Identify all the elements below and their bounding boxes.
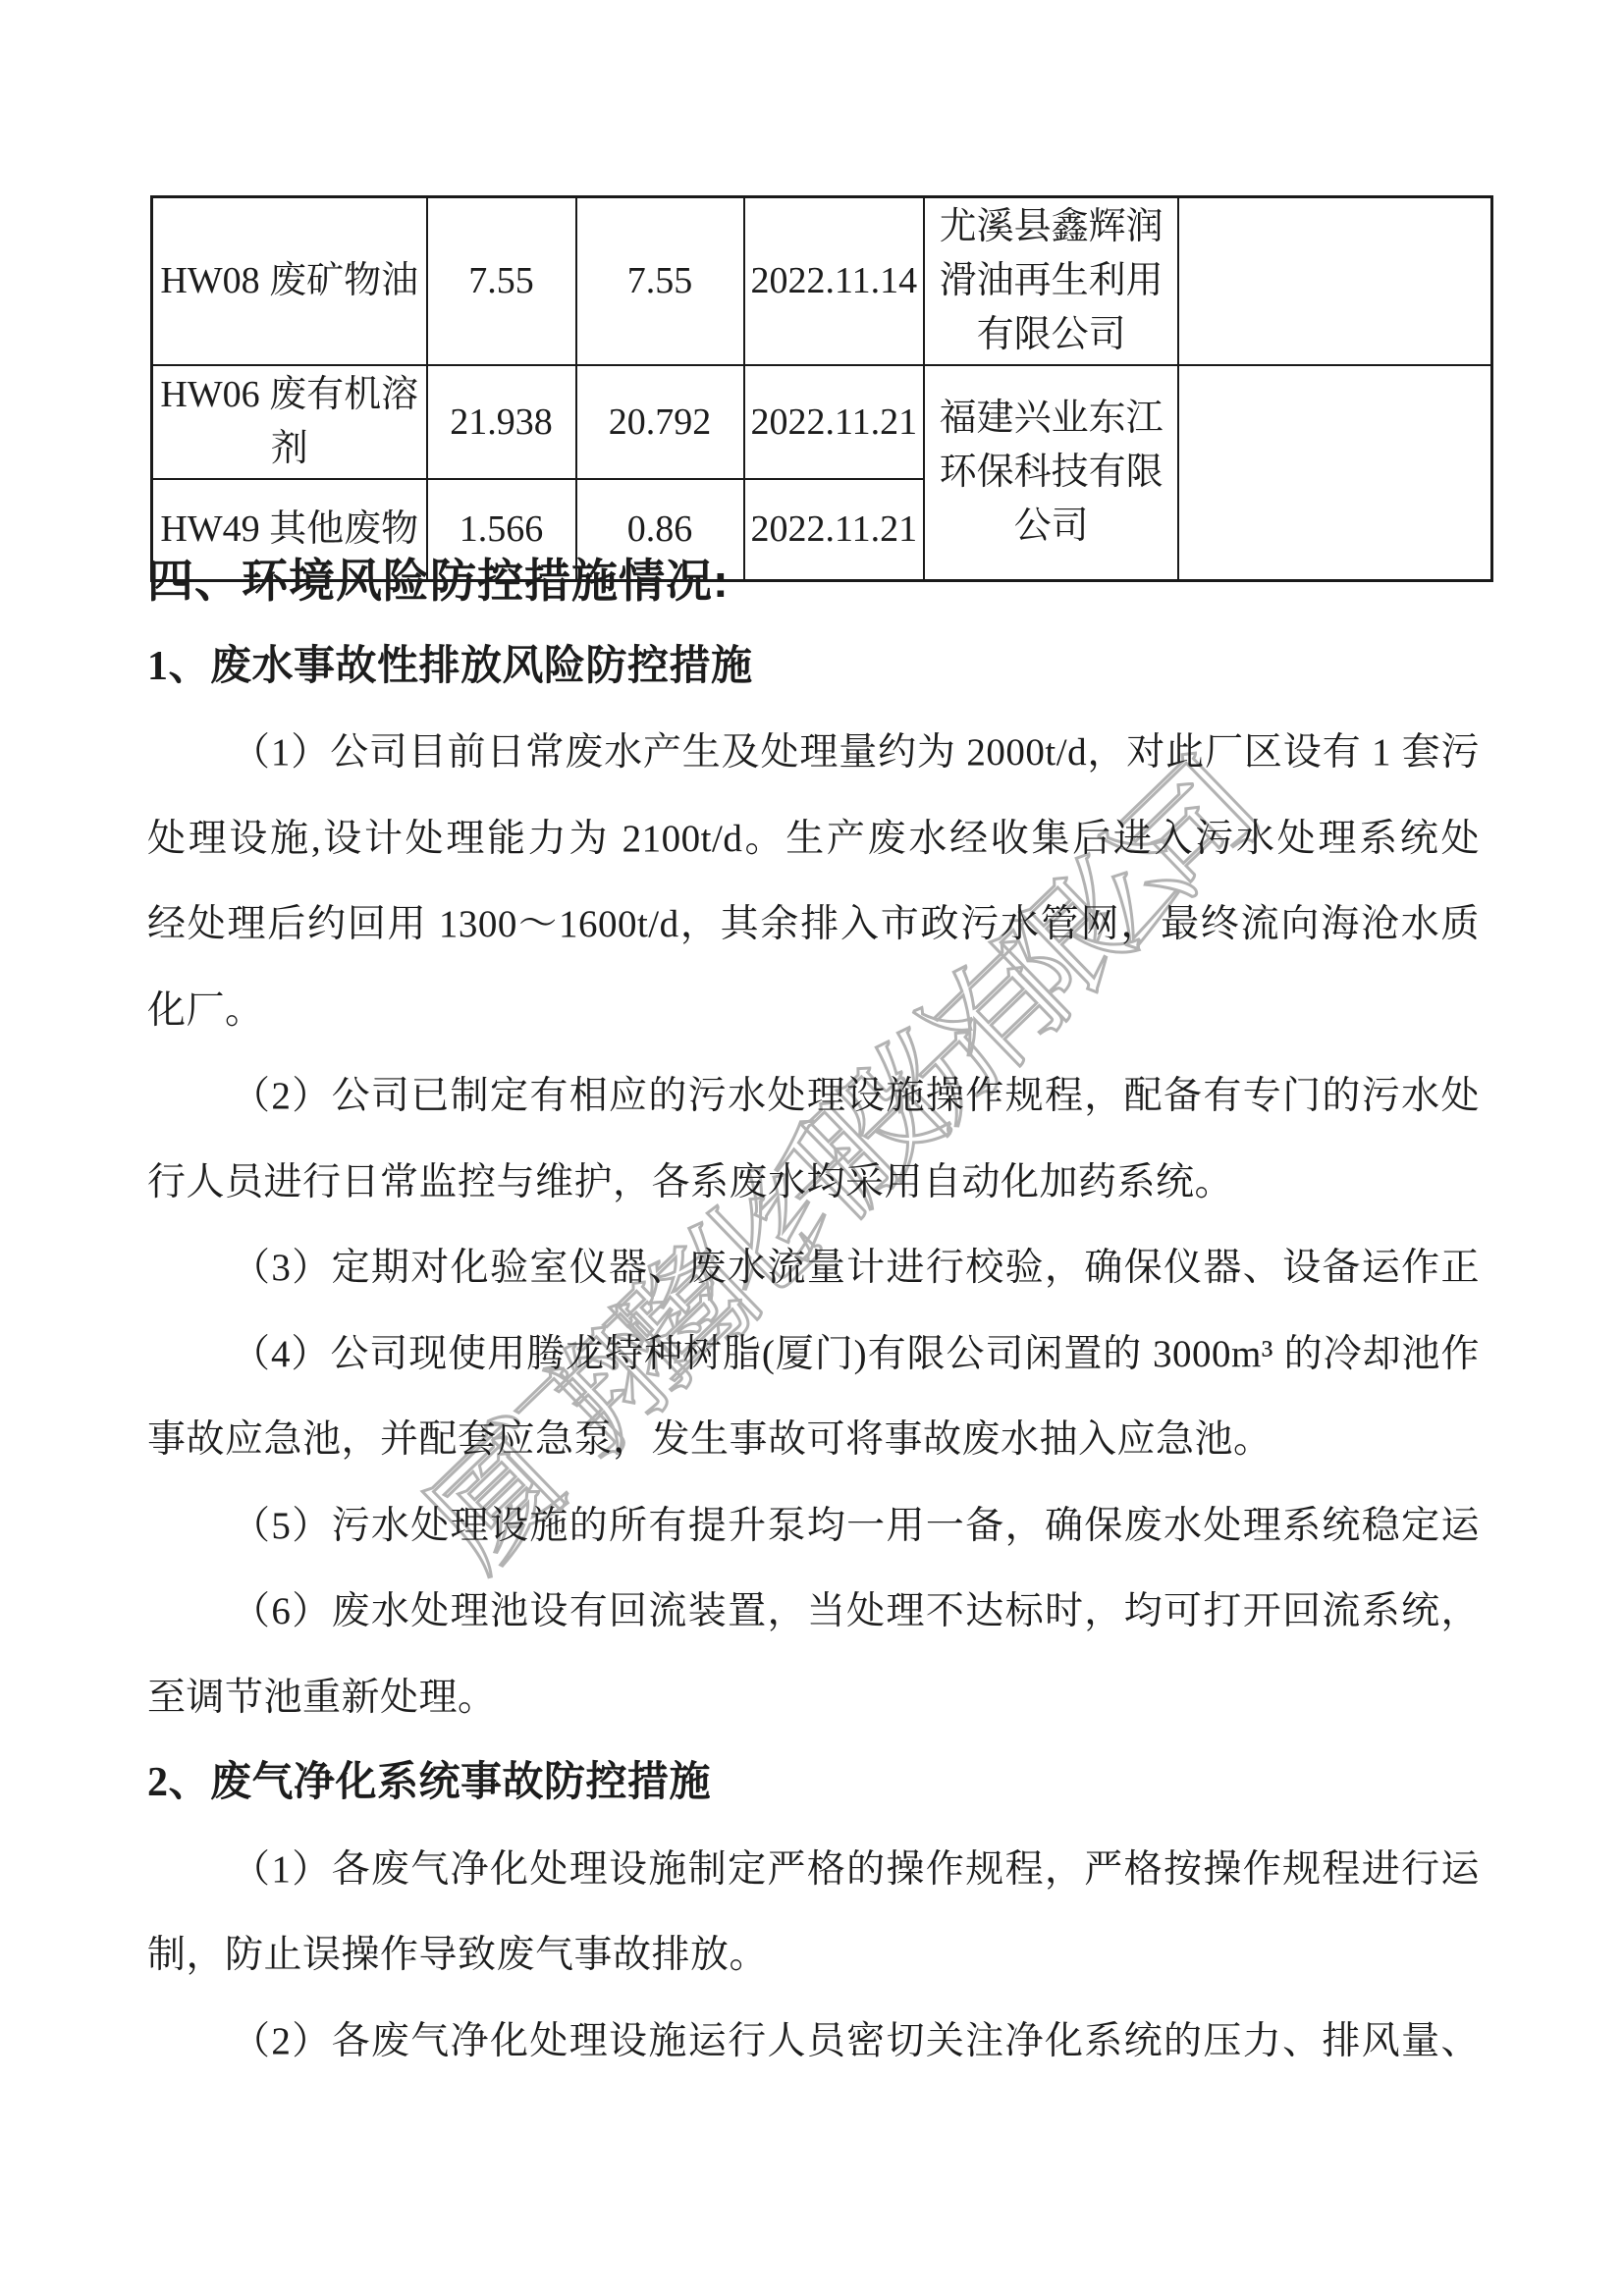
table-row: HW08 废矿物油 7.55 7.55 2022.11.14 尤溪县鑫辉润滑油再… — [152, 197, 1492, 366]
empty-cell — [1178, 197, 1491, 366]
hazardous-waste-table: HW08 废矿物油 7.55 7.55 2022.11.14 尤溪县鑫辉润滑油再… — [150, 195, 1493, 582]
section-heading-4: 四、环境风险防控措施情况: — [147, 538, 1480, 624]
subsection-heading-1: 1、废水事故性排放风险防控措施 — [147, 624, 1480, 711]
table-row: HW06 废有机溶剂 21.938 20.792 2022.11.21 福建兴业… — [152, 365, 1492, 479]
body-line: 制，防止误操作导致废气事故排放。 — [147, 1912, 1480, 1999]
body-line: （6）废水处理池设有回流装置，当处理不达标时，均可打开回流系统，回流 — [147, 1569, 1480, 1655]
body-line: 事故应急池，并配套应急泵，发生事故可将事故废水抽入应急池。 — [147, 1397, 1480, 1483]
body-line: （4）公司现使用腾龙特种树脂(厦门)有限公司闲置的 3000m³ 的冷却池作为 — [147, 1311, 1480, 1398]
document-body: 四、环境风险防控措施情况: 1、废水事故性排放风险防控措施 （1）公司目前日常废… — [147, 538, 1480, 2084]
waste-name-cell: HW06 废有机溶剂 — [152, 365, 427, 479]
body-line: （1）公司目前日常废水产生及处理量约为 2000t/d，对此厂区设有 1 套污水 — [147, 710, 1480, 796]
produced-qty-cell: 7.55 — [427, 197, 576, 366]
transferred-qty-cell: 7.55 — [576, 197, 744, 366]
receiving-company-cell: 尤溪县鑫辉润滑油再生利用有限公司 — [924, 197, 1178, 366]
subsection-heading-2: 2、废气净化系统事故防控措施 — [147, 1740, 1480, 1827]
body-line: （2）公司已制定有相应的污水处理设施操作规程，配备有专门的污水处理运 — [147, 1053, 1480, 1140]
body-line: 经处理后约回用 1300～1600t/d，其余排入市政污水管网，最终流向海沧水质… — [147, 881, 1480, 968]
body-line: 处理设施,设计处理能力为 2100t/d。生产废水经收集后进入污水处理系统处理， — [147, 796, 1480, 882]
body-line: （1）各废气净化处理设施制定严格的操作规程，严格按操作规程进行运行控 — [147, 1827, 1480, 1913]
body-line: （2）各废气净化处理设施运行人员密切关注净化系统的压力、排风量、电压 — [147, 1999, 1480, 2085]
transferred-qty-cell: 20.792 — [576, 365, 744, 479]
transfer-date-cell: 2022.11.21 — [744, 365, 925, 479]
transfer-date-cell: 2022.11.14 — [744, 197, 925, 366]
body-line: （3）定期对化验室仪器、废水流量计进行校验，确保仪器、设备运作正常。 — [147, 1225, 1480, 1311]
produced-qty-cell: 21.938 — [427, 365, 576, 479]
body-line: 行人员进行日常监控与维护，各系废水均采用自动化加药系统。 — [147, 1140, 1480, 1226]
body-line: 化厂。 — [147, 968, 1480, 1054]
body-line: 至调节池重新处理。 — [147, 1655, 1480, 1741]
document-page: 厦门翔鹭化纤股份有限公司 HW08 废矿物油 7.55 7.55 2022.11… — [0, 0, 1624, 2296]
body-line: （5）污水处理设施的所有提升泵均一用一备，确保废水处理系统稳定运行。 — [147, 1483, 1480, 1570]
waste-name-cell: HW08 废矿物油 — [152, 197, 427, 366]
